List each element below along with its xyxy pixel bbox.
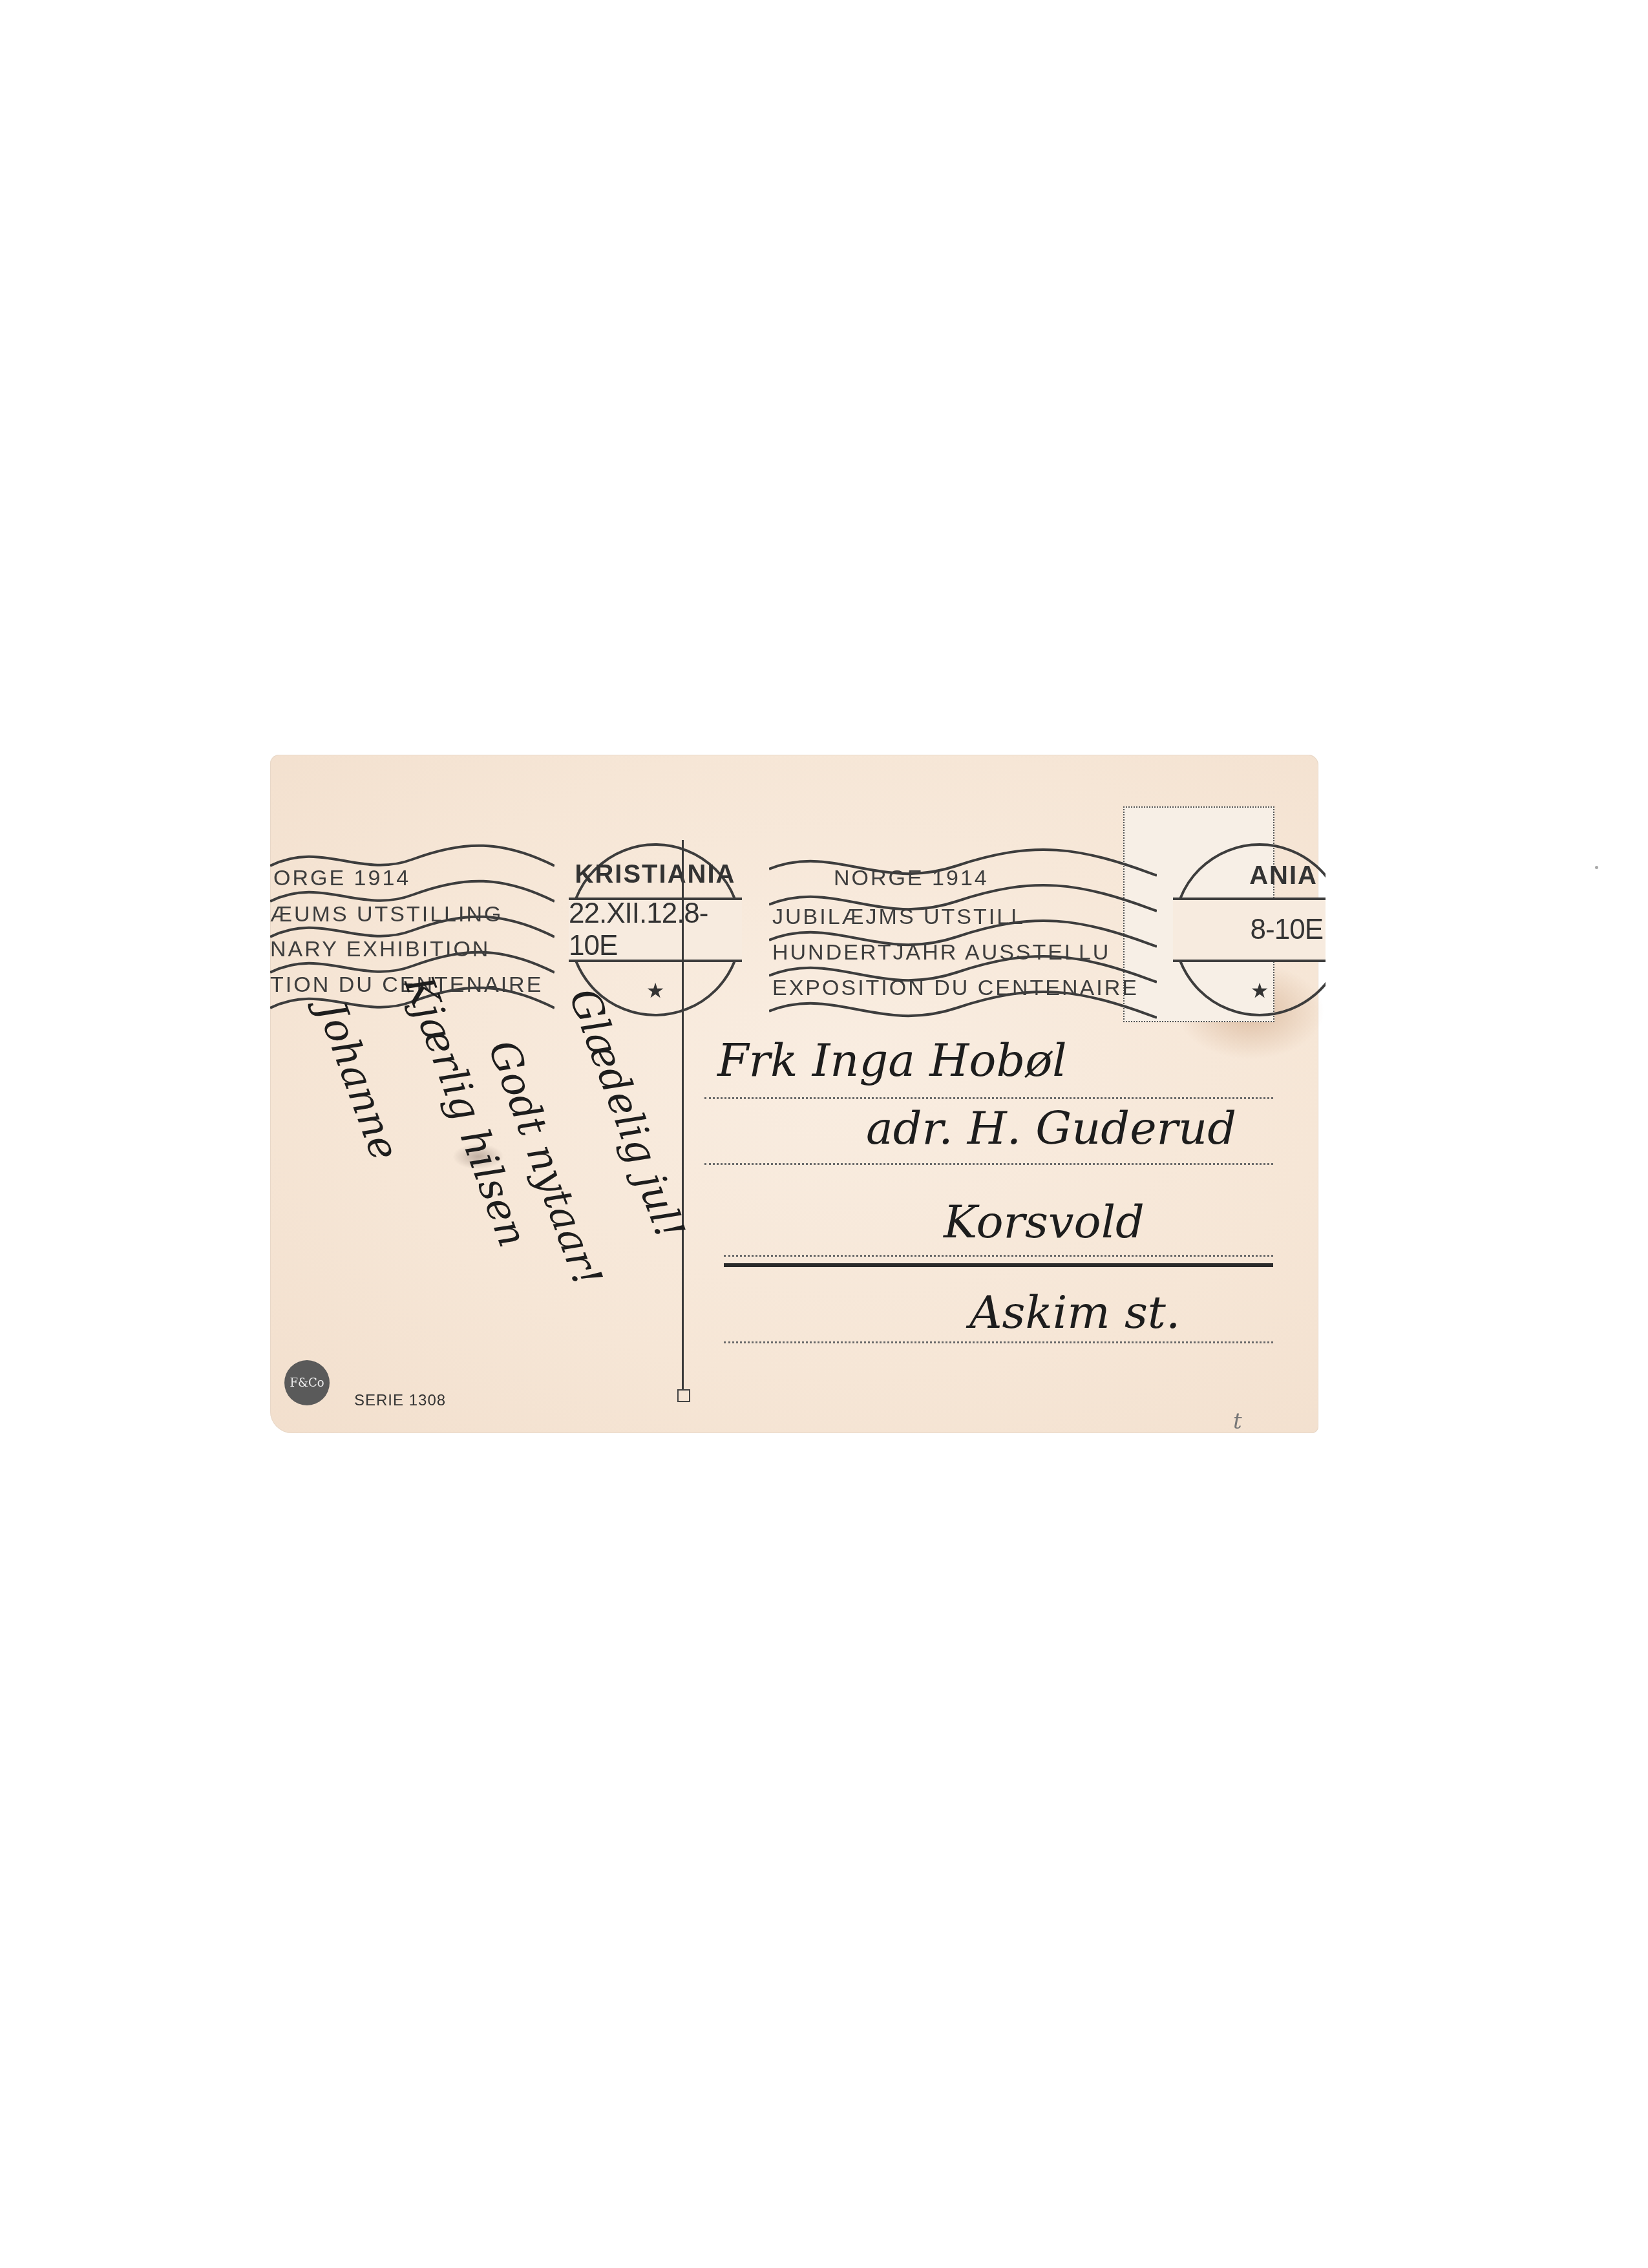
address-name: Frk Inga Hobøl bbox=[717, 1034, 1067, 1087]
serie-number: SERIE 1308 bbox=[354, 1392, 446, 1410]
postmark-date: 22.XII.12.8-10E bbox=[569, 898, 742, 962]
address-rule-1 bbox=[704, 1097, 1273, 1099]
address-rule-3-solid bbox=[724, 1263, 1273, 1267]
address-station: Askim st. bbox=[969, 1286, 1180, 1339]
pencil-note: t bbox=[1233, 1409, 1242, 1434]
postmark-city: ANIA bbox=[1176, 861, 1344, 890]
cancel-line-4: EXPOSITION DU CENTENAIRE bbox=[772, 976, 1139, 1001]
postmark-date: 8-10E bbox=[1173, 898, 1346, 962]
postmark-partial: ANIA 8-10E ★ bbox=[1173, 843, 1346, 1016]
cancel-line-2: ÆUMS UTSTILLING bbox=[270, 902, 503, 927]
scan-speck bbox=[1595, 866, 1598, 869]
address-rule-3 bbox=[724, 1255, 1273, 1257]
divider-mark-icon bbox=[677, 1389, 690, 1402]
address-place: Korsvold bbox=[944, 1195, 1145, 1248]
cancel-line-3: NARY EXHIBITION bbox=[270, 937, 490, 962]
cancel-line-2: JUBILÆJMS UTSTILL bbox=[772, 905, 1025, 930]
address-care-of: adr. H. Guderud bbox=[866, 1102, 1236, 1155]
postmark-city: KRISTIANIA bbox=[571, 860, 739, 889]
address-rule-4 bbox=[724, 1341, 1273, 1343]
star-icon: ★ bbox=[1176, 978, 1344, 1003]
address-rule-2 bbox=[704, 1163, 1273, 1165]
cancel-line-1: ORGE 1914 bbox=[273, 866, 410, 891]
center-divider bbox=[682, 840, 684, 1389]
machine-cancellation-right: NORGE 1914 JUBILÆJMS UTSTILL HUNDERTJAHR… bbox=[769, 846, 1157, 1021]
cancel-line-3: HUNDERTJAHR AUSSTELLU bbox=[772, 940, 1110, 965]
cancel-line-1: NORGE 1914 bbox=[834, 866, 989, 891]
publisher-logo-icon: F&Co bbox=[284, 1360, 330, 1405]
